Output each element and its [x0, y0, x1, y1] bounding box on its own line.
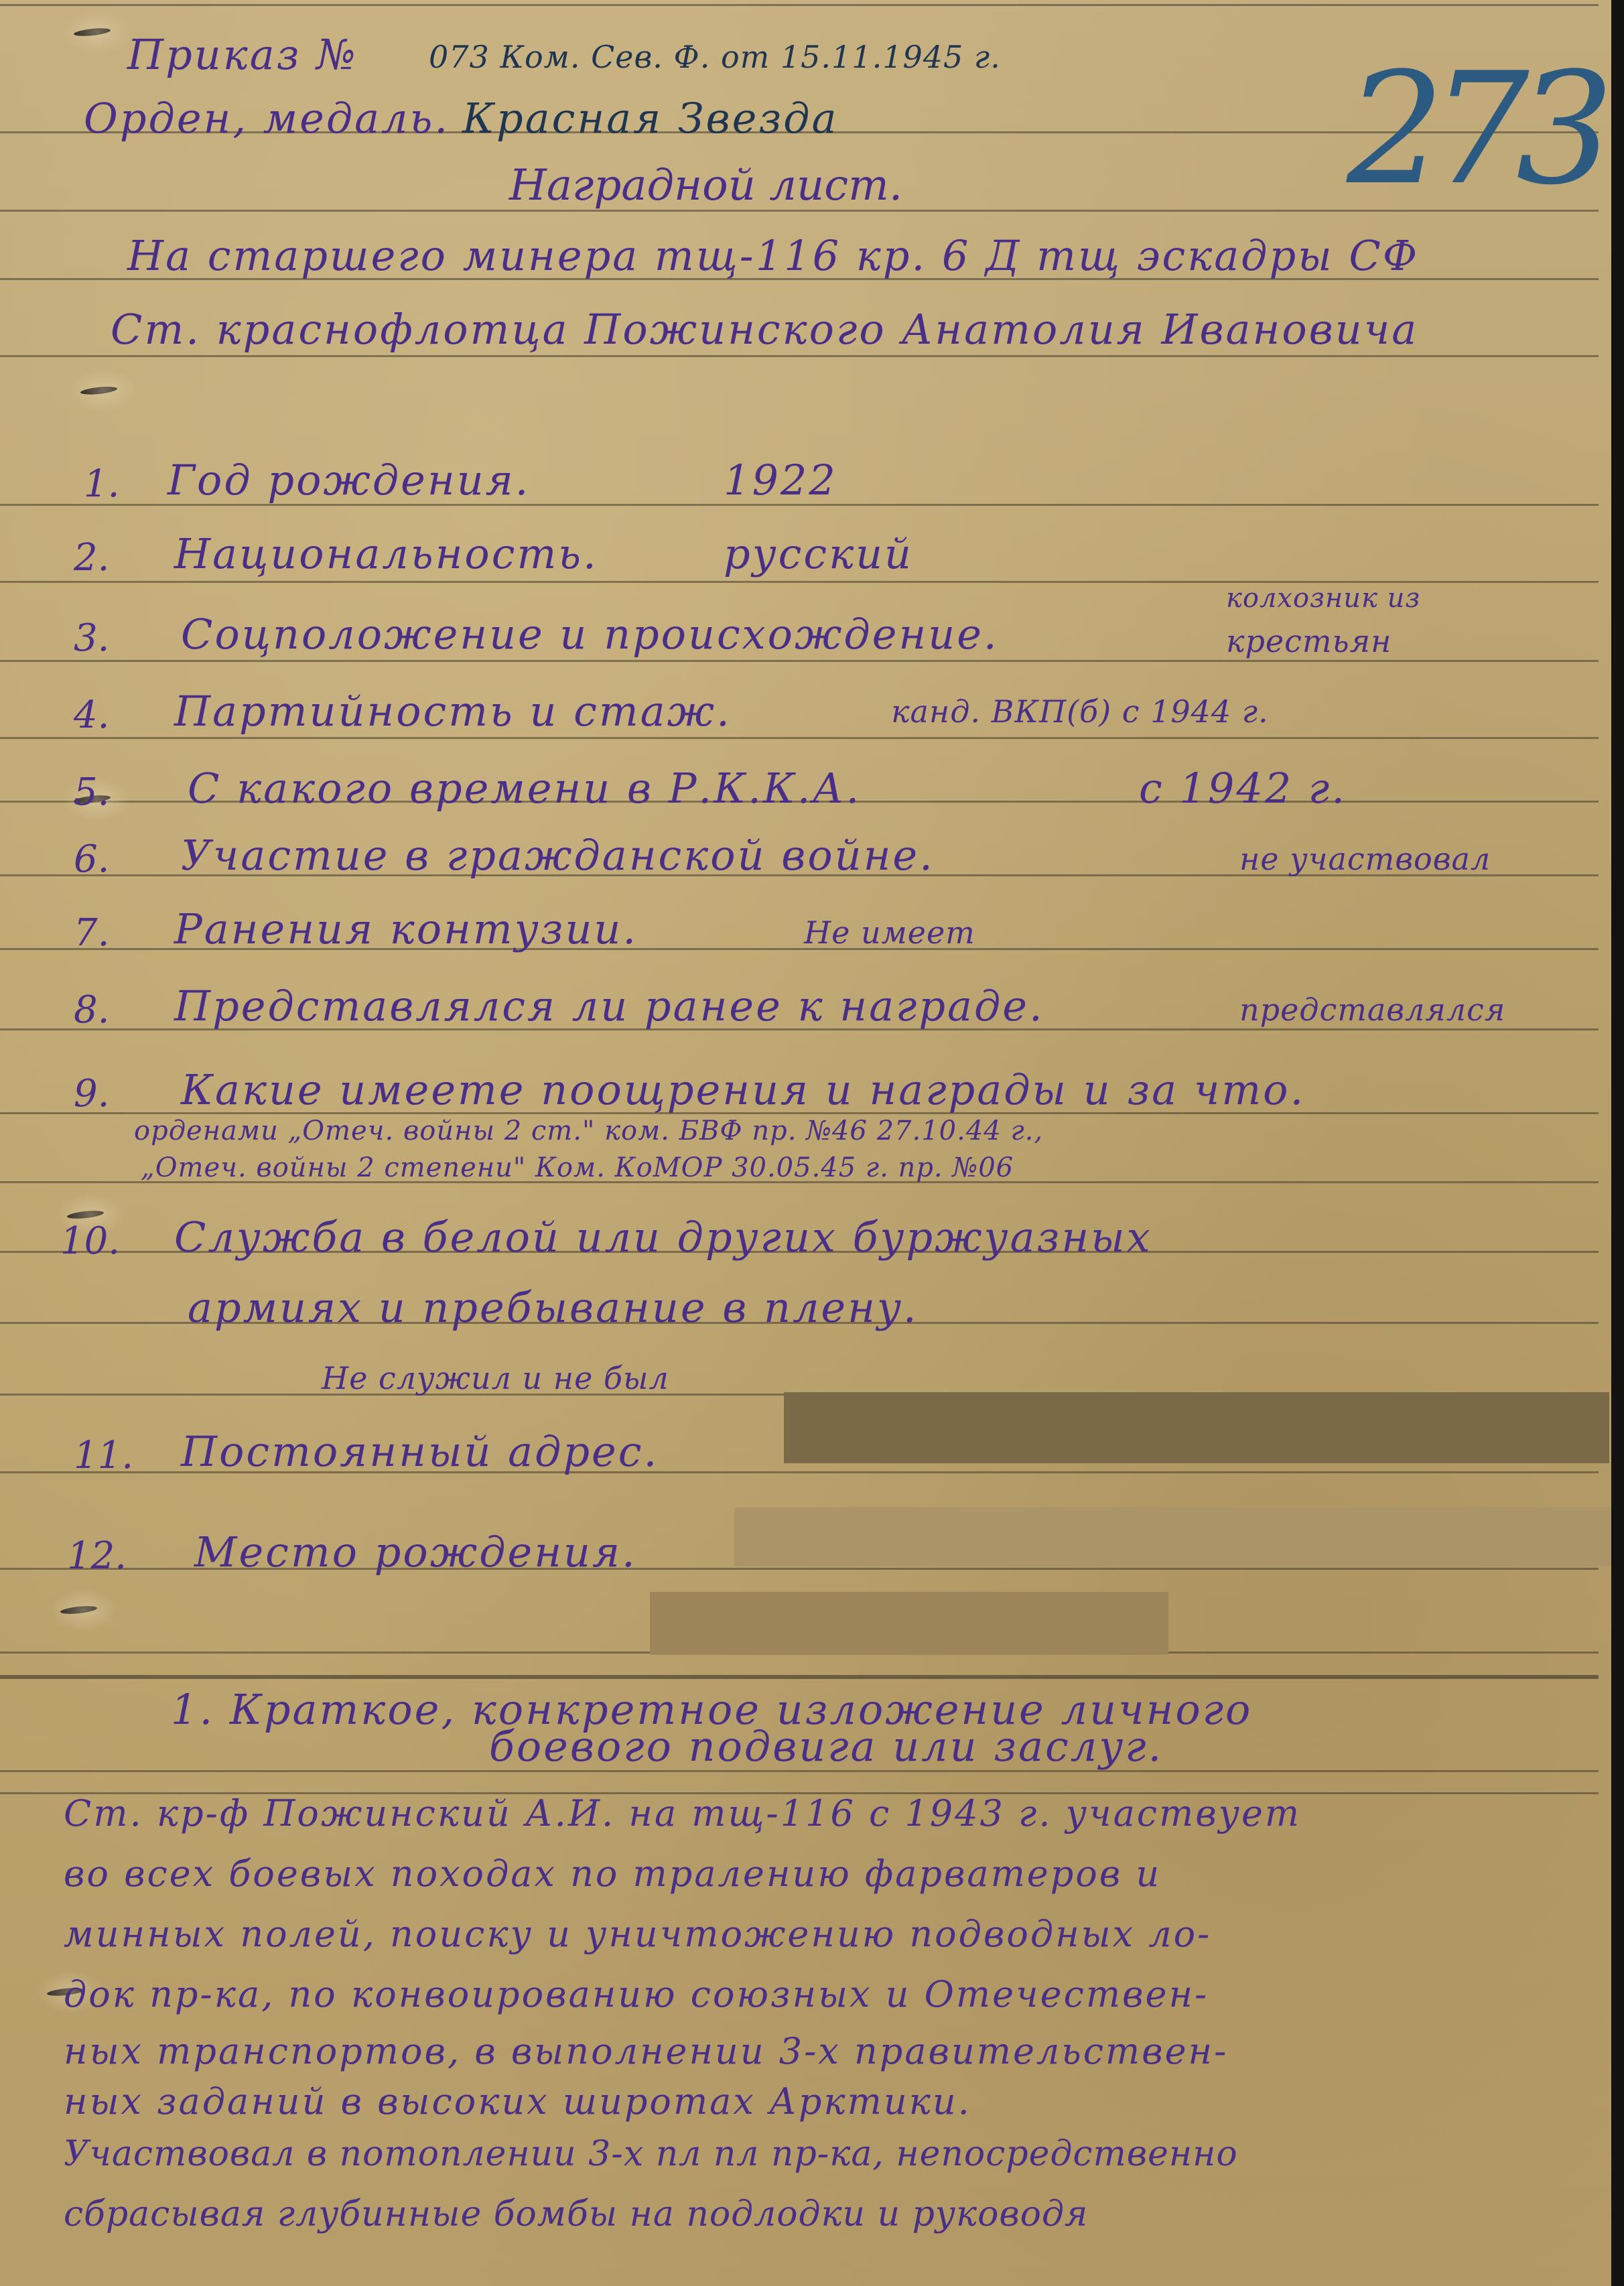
field-2-label: Национальность.	[174, 529, 598, 578]
field-12-number: 12.	[67, 1534, 127, 1578]
field-9-number: 9.	[74, 1072, 109, 1116]
field-6-label: Участие в гражданской войне.	[181, 831, 935, 880]
field-6-number: 6.	[74, 837, 109, 881]
narrative-line: минных полей, поиску и уничтожению подво…	[64, 1913, 1211, 1955]
punch-hole	[67, 375, 127, 409]
field-9-value-line-2: „Отеч. войны 2 степени" Ком. КоМОР 30.05…	[141, 1152, 1014, 1183]
recipient-position: На старшего минера тщ-116 кр. 6 Д тщ эск…	[127, 231, 1419, 280]
field-8-label: Представлялся ли ранее к награде.	[174, 982, 1044, 1030]
redaction-address	[784, 1392, 1609, 1463]
order-label: Приказ №	[127, 30, 358, 79]
field-9-label: Какие имеете поощрения и награды и за чт…	[181, 1065, 1305, 1114]
field-7-number: 7.	[74, 911, 109, 955]
narrative-line: Участвовал в потоплении 3-х пл пл пр-ка,…	[64, 2134, 1238, 2174]
field-4-label: Партийность и стаж.	[174, 687, 732, 736]
ruled-line	[0, 737, 1599, 739]
field-8-value: представлялся	[1239, 992, 1505, 1028]
redaction-block	[650, 1592, 1168, 1655]
archive-number: 273	[1347, 40, 1601, 219]
field-4-number: 4.	[74, 693, 109, 737]
ruled-line	[0, 4, 1599, 6]
recipient-name: Ст. краснофлотца Пожинского Анатолия Ива…	[111, 305, 1418, 354]
narrative-line: Ст. кр-ф Пожинский А.И. на тщ-116 с 1943…	[64, 1792, 1301, 1834]
field-5-value: с 1942 г.	[1139, 764, 1347, 813]
punch-hole	[60, 17, 121, 50]
field-9-value-line-1: орденами „Отеч. войны 2 ст." ком. БВФ пр…	[134, 1116, 1043, 1146]
field-11-label: Постоянный адрес.	[181, 1427, 659, 1476]
ruled-line	[0, 660, 1599, 662]
field-3-label: Соцположение и происхождение.	[181, 610, 999, 659]
field-4-value: канд. ВКП(б) с 1944 г.	[891, 693, 1269, 730]
section-heading-line-2: боевого подвига или заслуг.	[489, 1722, 1163, 1771]
order-value: 073 Ком. Сев. Ф. от 15.11.1945 г.	[429, 39, 1001, 75]
field-1-value: 1922	[724, 456, 837, 505]
narrative-line: док пр-ка, по конвоированию союзных и От…	[64, 1973, 1209, 2015]
field-3-value: крестьян	[1226, 623, 1392, 659]
document-title: Наградной лист.	[509, 161, 902, 210]
punch-hole	[47, 1595, 107, 1628]
field-6-value: не участвовал	[1239, 841, 1491, 877]
field-10-number: 10.	[60, 1219, 120, 1263]
field-10-value: Не служил и не был	[322, 1360, 669, 1396]
field-10-label-line-2: армиях и пребывание в плену.	[188, 1283, 919, 1332]
field-5-label: С какого времени в Р.К.К.А.	[188, 764, 861, 813]
field-2-number: 2.	[74, 536, 109, 580]
field-3-number: 3.	[74, 616, 109, 660]
field-12-label: Место рождения.	[194, 1528, 637, 1576]
field-11-number: 11.	[74, 1434, 133, 1477]
field-7-label: Ранения контузии.	[174, 904, 638, 953]
field-1-label: Год рождения.	[167, 456, 530, 505]
field-1-number: 1.	[84, 462, 119, 506]
award-value: Красная Звезда	[462, 94, 838, 143]
field-5-number: 5.	[74, 770, 109, 814]
field-2-value: русский	[724, 529, 913, 578]
scan-edge	[1611, 0, 1624, 2286]
narrative-line: ных транспортов, в выполнении 3-х правит…	[64, 2030, 1228, 2072]
field-10-label: Служба в белой или других буржуазных	[174, 1213, 1152, 1262]
field-8-number: 8.	[74, 988, 109, 1032]
ruled-line	[0, 355, 1599, 357]
narrative-line: во всех боевых походах по тралению фарва…	[64, 1853, 1161, 1895]
ruled-line	[0, 1675, 1599, 1679]
field-7-value: Не имеет	[804, 915, 975, 951]
redaction-birthplace	[734, 1507, 1624, 1566]
narrative-line: сбрасывая глубинные бомбы на подлодки и …	[64, 2194, 1088, 2234]
award-type-label: Орден, медаль.	[84, 94, 450, 143]
narrative-line: ных заданий в высоких широтах Арктики.	[64, 2080, 971, 2123]
field-3-value-top: колхозник из	[1226, 583, 1420, 614]
document-page: 273 Приказ № 073 Ком. Сев. Ф. от 15.11.1…	[0, 0, 1611, 2286]
